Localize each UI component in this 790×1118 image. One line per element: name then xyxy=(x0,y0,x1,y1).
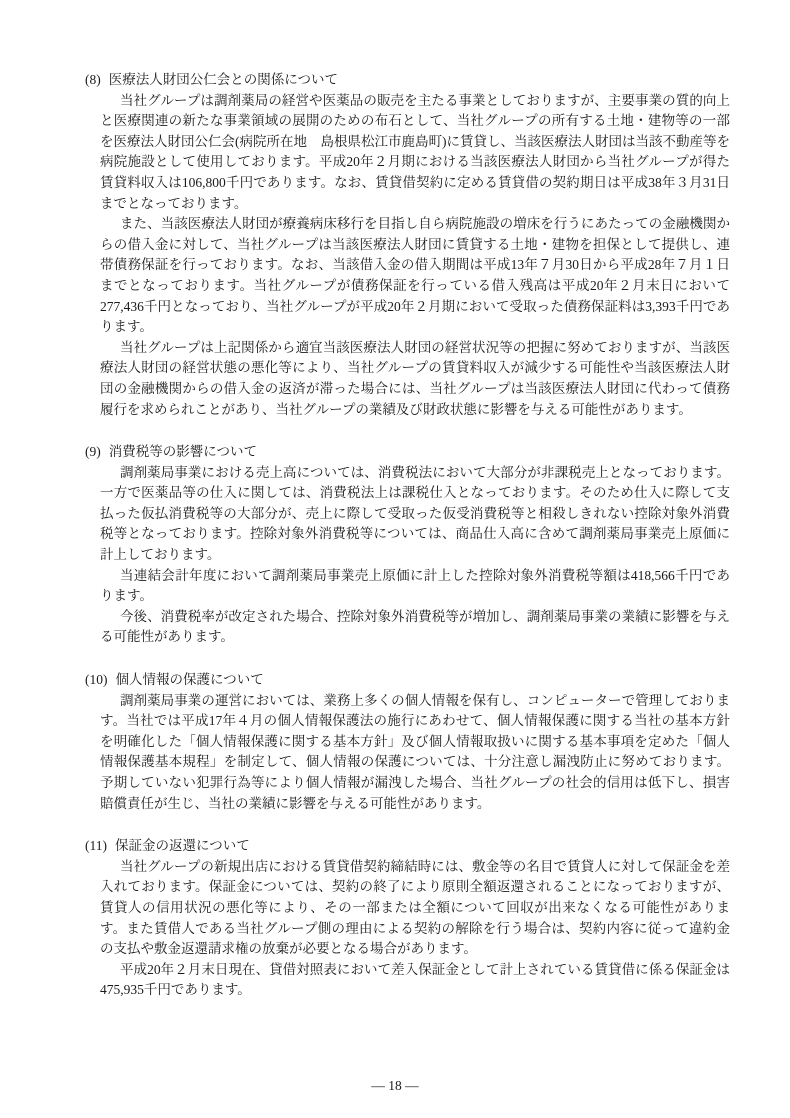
section-heading: (10)個人情報の保護について xyxy=(85,670,730,691)
section-9: (9)消費税等の影響について 調剤薬局事業における売上高については、消費税法にお… xyxy=(85,442,730,648)
paragraph: 当社グループは上記関係から適宜当該医療法人財団の経営状況等の把握に努めております… xyxy=(100,338,730,420)
paragraph: 当社グループは調剤薬局の経営や医薬品の販売を主たる事業としておりますが、主要事業… xyxy=(100,91,730,215)
section-title: 保証金の返還について xyxy=(115,838,250,853)
section-number: (11) xyxy=(85,836,107,857)
paragraph: 当社グループの新規出店における賃貸借契約締結時には、敷金等の名目で賃貸人に対して… xyxy=(100,857,730,960)
paragraph: 平成20年２月末日現在、貸借対照表において差入保証金として計上されている賃貸借に… xyxy=(100,960,730,1001)
paragraph: 今後、消費税率が改定された場合、控除対象外消費税等が増加し、調剤薬局事業の業績に… xyxy=(100,607,730,648)
paragraph: 調剤薬局事業における売上高については、消費税法において大部分が非課税売上となって… xyxy=(100,463,730,566)
section-heading: (9)消費税等の影響について xyxy=(85,442,730,463)
page-content: (8)医療法人財団公仁会との関係について 当社グループは調剤薬局の経営や医薬品の… xyxy=(85,70,730,1023)
paragraph: 調剤薬局事業の運営においては、業務上多くの個人情報を保有し、コンピューターで管理… xyxy=(100,691,730,815)
section-8: (8)医療法人財団公仁会との関係について 当社グループは調剤薬局の経営や医薬品の… xyxy=(85,70,730,420)
paragraph: また、当該医療法人財団が療養病床移行を目指し自ら病院施設の増床を行うにあたっての… xyxy=(100,214,730,338)
section-10: (10)個人情報の保護について 調剤薬局事業の運営においては、業務上多くの個人情… xyxy=(85,670,730,814)
section-11: (11)保証金の返還について 当社グループの新規出店における賃貸借契約締結時には… xyxy=(85,836,730,1001)
section-heading: (8)医療法人財団公仁会との関係について xyxy=(85,70,730,91)
paragraph: 当連結会計年度において調剤薬局事業売上原価に計上した控除対象外消費税等額は418… xyxy=(100,566,730,607)
section-number: (9) xyxy=(85,442,101,463)
section-title: 個人情報の保護について xyxy=(116,672,264,687)
section-heading: (11)保証金の返還について xyxy=(85,836,730,857)
page-number: — 18 — xyxy=(371,1078,418,1093)
document-page: (8)医療法人財団公仁会との関係について 当社グループは調剤薬局の経営や医薬品の… xyxy=(0,0,790,1118)
page-footer: — 18 — xyxy=(0,1077,790,1095)
section-title: 消費税等の影響について xyxy=(109,444,257,459)
section-number: (8) xyxy=(85,70,101,91)
section-title: 医療法人財団公仁会との関係について xyxy=(109,72,338,87)
section-number: (10) xyxy=(85,670,108,691)
